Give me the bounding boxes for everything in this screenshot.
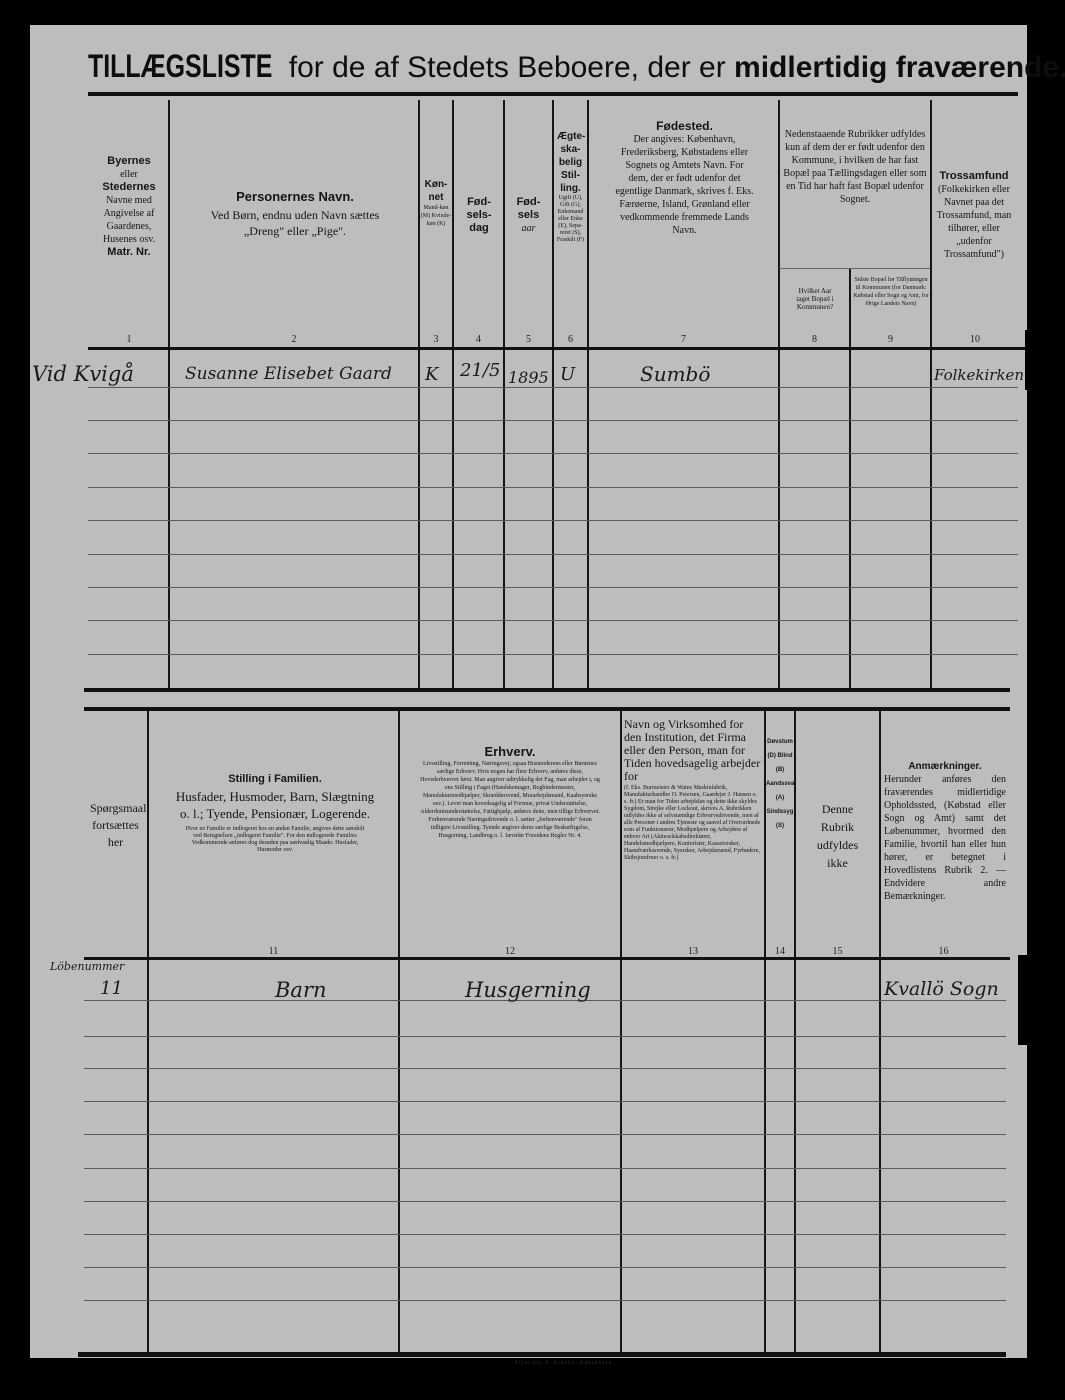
col-num-8: 8	[780, 334, 849, 345]
lower-table-bottom-rule	[78, 1352, 1006, 1357]
lower-header-bottom-rule	[84, 957, 1010, 960]
row-line	[88, 487, 1018, 488]
col-num-5: 5	[505, 334, 552, 345]
col-num-12: 12	[400, 946, 620, 957]
cell-marital: U	[560, 364, 575, 385]
row-line	[88, 554, 1018, 555]
header-col-2: Personernes Navn. Ved Børn, endnu uden N…	[190, 190, 400, 239]
header-col-11: Stilling i Familien. Husfader, Husmoder,…	[175, 773, 375, 854]
row-line	[84, 1036, 1006, 1037]
header-bottom-rule	[88, 347, 1028, 350]
col-divider	[778, 100, 780, 690]
col-divider	[849, 268, 851, 690]
col-num-9: 9	[851, 334, 930, 345]
title-middle: for de af Stedets Beboere, der er	[280, 51, 734, 84]
cell-remarks: Kvallö Sogn	[884, 978, 999, 1000]
row-line	[84, 1068, 1006, 1069]
col-divider	[168, 100, 170, 688]
row-line	[84, 1101, 1006, 1102]
row-line	[88, 654, 1018, 655]
col-divider	[587, 100, 589, 688]
title-bold-tillaegsliste: TILLÆGSLISTE	[88, 48, 272, 85]
header-col-13: Navn og Virksomhed for den Institution, …	[624, 718, 762, 862]
title-underline	[88, 92, 1018, 96]
col-num-7: 7	[589, 334, 778, 345]
header-col-9: Sidste Bopæl før Tilflytningen til Kommu…	[852, 276, 930, 308]
col-divider	[879, 711, 881, 1357]
header-col-7: Fødested. Der angives: København, Freder…	[597, 120, 772, 237]
header-col-4: Fød-sels-dag	[455, 196, 503, 235]
cell-sex: K	[425, 364, 438, 385]
row-line	[88, 420, 1018, 421]
row-line	[88, 453, 1018, 454]
col-num-4: 4	[454, 334, 503, 345]
row-line	[88, 620, 1018, 621]
header-col-12: Erhverv. Livsstilling, Forretning, Nærin…	[420, 745, 600, 840]
col-num-16: 16	[881, 946, 1006, 957]
cell-birthplace: Sumbö	[640, 362, 710, 386]
cell-lobenummer: 11	[100, 978, 123, 999]
header-col-16: Anmærkninger. Herunder anføres den fravæ…	[884, 760, 1006, 903]
row-line	[88, 387, 1018, 388]
row-line	[84, 1201, 1006, 1202]
header-group-8-9: Nedenstaaende Rubrikker udfyldes kun af …	[782, 128, 928, 206]
header-col-5: Fød-sels aar	[505, 196, 552, 235]
cell-name: Susanne Elisebet Gaard	[185, 364, 392, 384]
row-line	[84, 1134, 1006, 1135]
header-col-10: Trossamfund (Folkekirken eller Navnet pa…	[934, 170, 1014, 261]
row-line	[88, 520, 1018, 521]
row-line	[88, 587, 1018, 588]
header-col-14: Døvstum (D) Blind (B) Aandssvag (A) Sind…	[766, 735, 794, 833]
page-edge-shadow	[1025, 330, 1031, 390]
col-num-1: 1	[90, 334, 168, 345]
page-edge-shadow	[1018, 955, 1032, 1045]
upper-table-bottom-rule	[84, 688, 1010, 692]
row-line	[84, 1267, 1006, 1268]
header-col-15: Denne Rubrik udfyldes ikke	[796, 800, 879, 872]
title-bold-fravaerende: midlertidig fraværende.	[734, 51, 1065, 84]
row-line	[84, 1300, 1006, 1301]
header-col-3: Køn-net Mand-køn (M) Kvinde-køn (K)	[420, 178, 452, 228]
cell-birth-day: 21/5	[460, 360, 500, 381]
col-divider	[503, 100, 505, 688]
printer-mark: Trykt hos S. Schultz, København	[515, 1361, 612, 1366]
col-divider	[452, 100, 454, 688]
col-num-14: 14	[766, 946, 794, 957]
lower-table-top-rule	[84, 707, 1010, 711]
cell-birth-year: 1895	[508, 368, 549, 387]
header-col-8: Hvilket Aar taget Bopæl i Kommunen?	[782, 287, 848, 311]
cell-family-position: Barn	[275, 978, 327, 1002]
header-col-1: Byernes eller Stedernes Navne med Angive…	[90, 155, 168, 259]
col-divider	[930, 100, 932, 692]
group-8-9-divider	[779, 268, 930, 269]
col-divider	[620, 711, 622, 1357]
side-label-continue: Spørgsmaalene fortsættes her	[84, 800, 147, 851]
col-divider	[147, 711, 149, 1355]
col-num-10: 10	[932, 334, 1018, 345]
col-num-13: 13	[622, 946, 764, 957]
header-col-6: Ægte-ska-belig Stil-ling. Ugift (U), Gif…	[554, 130, 587, 244]
col-num-2: 2	[170, 334, 418, 345]
form-title: TILLÆGSLISTE for de af Stedets Beboere, …	[88, 48, 1018, 85]
cell-place: Vid Kvigå	[32, 362, 134, 386]
col-num-6: 6	[554, 334, 587, 345]
col-divider	[398, 711, 400, 1355]
col-num-15: 15	[796, 946, 879, 957]
col-num-3: 3	[420, 334, 452, 345]
col-num-11: 11	[149, 946, 398, 957]
row-line	[84, 1168, 1006, 1169]
cell-occupation: Husgerning	[465, 978, 591, 1002]
cell-lobenummer-label: Löbenummer	[50, 960, 124, 973]
cell-religion: Folkekirken	[934, 366, 1024, 384]
row-line	[84, 1234, 1006, 1235]
